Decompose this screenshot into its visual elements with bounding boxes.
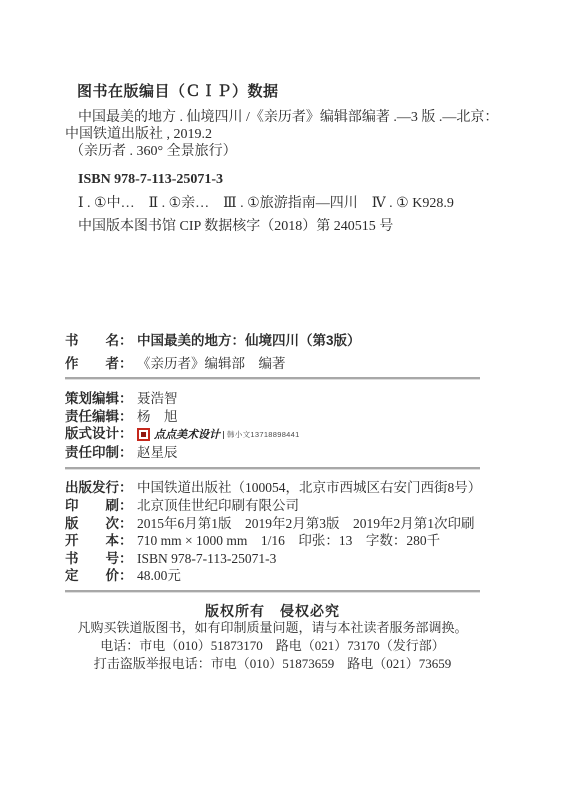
printer-label: 印 刷： — [65, 498, 137, 514]
design-studio-credit: 点点美术设计韩小文13718898441 — [137, 428, 300, 441]
layout-design-label: 版式设计： — [65, 426, 137, 442]
exchange-notice: 凡购买铁道版图书，如有印制质量问题，请与本社读者服务部调换。 — [65, 621, 480, 636]
responsible-printing-label: 责任印制： — [65, 445, 137, 461]
responsible-editor-row: 责任编辑：杨 旭 — [65, 409, 178, 425]
book-title-value: 中国最美的地方：仙境四川（第3版） — [137, 333, 361, 348]
planning-editor-label: 策划编辑： — [65, 391, 137, 407]
responsible-printing-row: 责任印制：赵星辰 — [65, 445, 178, 461]
format-label: 开 本： — [65, 533, 137, 549]
piracy-report-phone-line: 打击盗版举报电话：市电（010）51873659 路电（021）73659 — [65, 657, 480, 672]
format-row: 开 本：710 mm × 1000 mm 1/16 印张：13 字数：280千 — [65, 533, 440, 549]
book-author-row: 作 者：《亲历者》编辑部 编著 — [65, 356, 286, 372]
divider-rule-middle — [65, 467, 480, 470]
book-copyright-page: 图书在版编目（ＣＩＰ）数据 中国最美的地方 . 仙境四川 /《亲历者》编辑部编著… — [0, 0, 566, 800]
cip-paragraph-line2: 中国铁道出版社 , 2019.2 — [65, 127, 212, 143]
publisher-value: 中国铁道出版社（100054，北京市西城区右安门西街8号） — [137, 480, 481, 495]
edition-label: 版 次： — [65, 516, 137, 532]
publisher-row: 出版发行：中国铁道出版社（100054，北京市西城区右安门西街8号） — [65, 480, 481, 496]
book-author-label: 作 者： — [65, 356, 137, 372]
format-value: 710 mm × 1000 mm 1/16 印张：13 字数：280千 — [137, 533, 440, 548]
divider-rule-top — [65, 377, 480, 380]
design-studio-contact: 韩小文13718898441 — [223, 431, 300, 440]
divider-rule-bottom — [65, 590, 480, 593]
layout-design-row: 版式设计：点点美术设计韩小文13718898441 — [65, 426, 300, 442]
copyright-notice: 版权所有 侵权必究 — [65, 603, 480, 619]
responsible-printing-value: 赵星辰 — [137, 445, 178, 460]
book-author-value: 《亲历者》编辑部 编著 — [137, 356, 286, 371]
dot-square-logo-icon — [137, 428, 150, 441]
printer-value: 北京顶佳世纪印刷有限公司 — [137, 498, 299, 513]
responsible-editor-label: 责任编辑： — [65, 409, 137, 425]
publisher-label: 出版发行： — [65, 480, 137, 496]
service-phone-line: 电话：市电（010）51873170 路电（021）73170（发行部） — [65, 639, 480, 654]
responsible-editor-value: 杨 旭 — [137, 409, 178, 424]
planning-editor-value: 聂浩智 — [137, 391, 178, 406]
cip-isbn: ISBN 978-7-113-25071-3 — [78, 172, 223, 188]
printer-row: 印 刷：北京顶佳世纪印刷有限公司 — [65, 498, 299, 514]
edition-row: 版 次：2015年6月第1版 2019年2月第3版 2019年2月第1次印刷 — [65, 516, 475, 532]
cip-classification: Ⅰ . ①中… Ⅱ . ①亲… Ⅲ . ①旅游指南—四川 Ⅳ . ① K928.… — [78, 196, 454, 212]
price-label: 定 价： — [65, 568, 137, 584]
book-number-value: ISBN 978-7-113-25071-3 — [137, 551, 276, 566]
cip-series-note: （亲历者 . 360° 全景旅行） — [70, 144, 237, 160]
cip-heading: 图书在版编目（ＣＩＰ）数据 — [77, 83, 279, 100]
price-row: 定 价：48.00元 — [65, 568, 181, 584]
book-title-label: 书 名： — [65, 333, 137, 349]
book-number-row: 书 号：ISBN 978-7-113-25071-3 — [65, 551, 276, 567]
cip-record-number: 中国版本图书馆 CIP 数据核字（2018）第 240515 号 — [78, 219, 393, 235]
planning-editor-row: 策划编辑：聂浩智 — [65, 391, 178, 407]
cip-paragraph-line1: 中国最美的地方 . 仙境四川 /《亲历者》编辑部编著 .—3 版 .—北京： — [78, 110, 498, 126]
book-title-row: 书 名：中国最美的地方：仙境四川（第3版） — [65, 333, 361, 349]
edition-value: 2015年6月第1版 2019年2月第3版 2019年2月第1次印刷 — [137, 516, 475, 531]
price-value: 48.00元 — [137, 568, 181, 583]
design-studio-name: 点点美术设计 — [154, 429, 220, 442]
book-number-label: 书 号： — [65, 551, 137, 567]
